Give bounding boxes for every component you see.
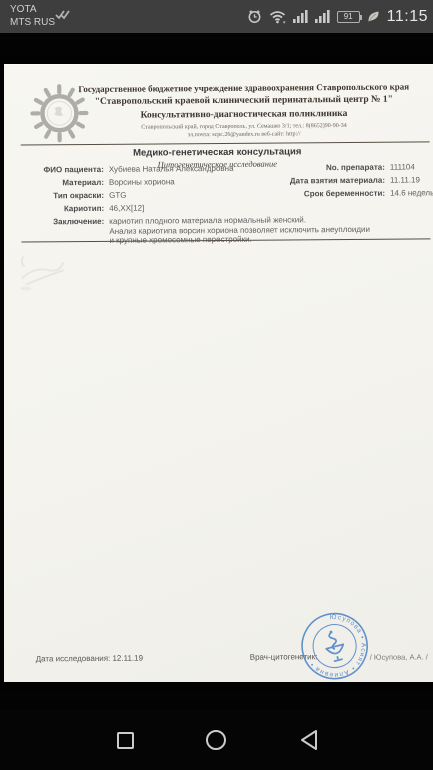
double-check-icon xyxy=(55,8,70,21)
field-specimen-number: No. препарата: 111104 xyxy=(273,162,415,173)
status-time: 11:15 xyxy=(387,8,428,26)
signal-icon xyxy=(293,10,308,23)
field-stain-type: Тип окраски: GTG xyxy=(22,191,126,201)
medical-document: Государственное бюджетное учреждение здр… xyxy=(4,64,433,682)
recents-button[interactable] xyxy=(103,710,147,770)
bowl-of-hygieia-icon xyxy=(321,628,347,662)
org-name-line1: Государственное бюджетное учреждение здр… xyxy=(62,81,425,94)
wifi-icon xyxy=(269,10,286,24)
doctor-stamp: Юсупова • Асият • Алиевна • xyxy=(292,603,377,682)
power-saving-leaf-icon xyxy=(367,10,380,23)
carrier-labels: YOTA MTS RUS xyxy=(10,3,55,29)
org-name-line3: Консультативно-диагностическая поликлини… xyxy=(62,108,425,121)
photo-view[interactable]: Государственное бюджетное учреждение здр… xyxy=(0,33,433,710)
field-gestation-term: Срок беременности: 14.6 недель xyxy=(273,188,433,199)
android-nav-bar xyxy=(0,710,433,770)
field-material: Материал: Ворсины хориона xyxy=(22,177,175,188)
org-contacts: эл.почта: scpc.26@yandex.ru веб-сайт: ht… xyxy=(63,130,426,139)
home-button[interactable] xyxy=(194,710,238,770)
doctor-signature: / Юсупова, А.А. / xyxy=(370,652,428,661)
recents-square-icon xyxy=(117,732,134,749)
org-name-line2: "Ставропольский краевой клинический пери… xyxy=(62,94,425,107)
research-date: Дата исследования: 12.11.19 xyxy=(36,654,143,664)
field-karyotype: Кариотип: 46,XX[12] xyxy=(22,204,144,214)
battery-icon: 91 xyxy=(337,11,360,23)
svg-text:Юсупова • Асият • Алиевна: Юсупова • Асият • Алиевна • xyxy=(298,607,374,682)
phone-screen: YOTA MTS RUS xyxy=(0,0,433,770)
paper-smudge xyxy=(12,250,103,316)
battery-level: 91 xyxy=(344,12,353,21)
back-button[interactable] xyxy=(287,710,331,770)
signal-icon xyxy=(315,10,330,23)
alarm-icon xyxy=(247,9,262,24)
carrier-line-1: YOTA xyxy=(10,3,55,16)
carrier-line-2: MTS RUS xyxy=(10,16,55,29)
status-bar[interactable]: YOTA MTS RUS xyxy=(0,0,433,33)
field-collection-date: Дата взятия материала: 11.11.19 xyxy=(273,175,420,186)
back-triangle-icon xyxy=(298,728,320,752)
stamp-circular-text: Юсупова • Асият • Алиевна • xyxy=(298,607,374,682)
home-circle-icon xyxy=(206,730,226,750)
field-patient-name: ФИО пациента: Хубиева Наталья Александро… xyxy=(22,164,234,175)
